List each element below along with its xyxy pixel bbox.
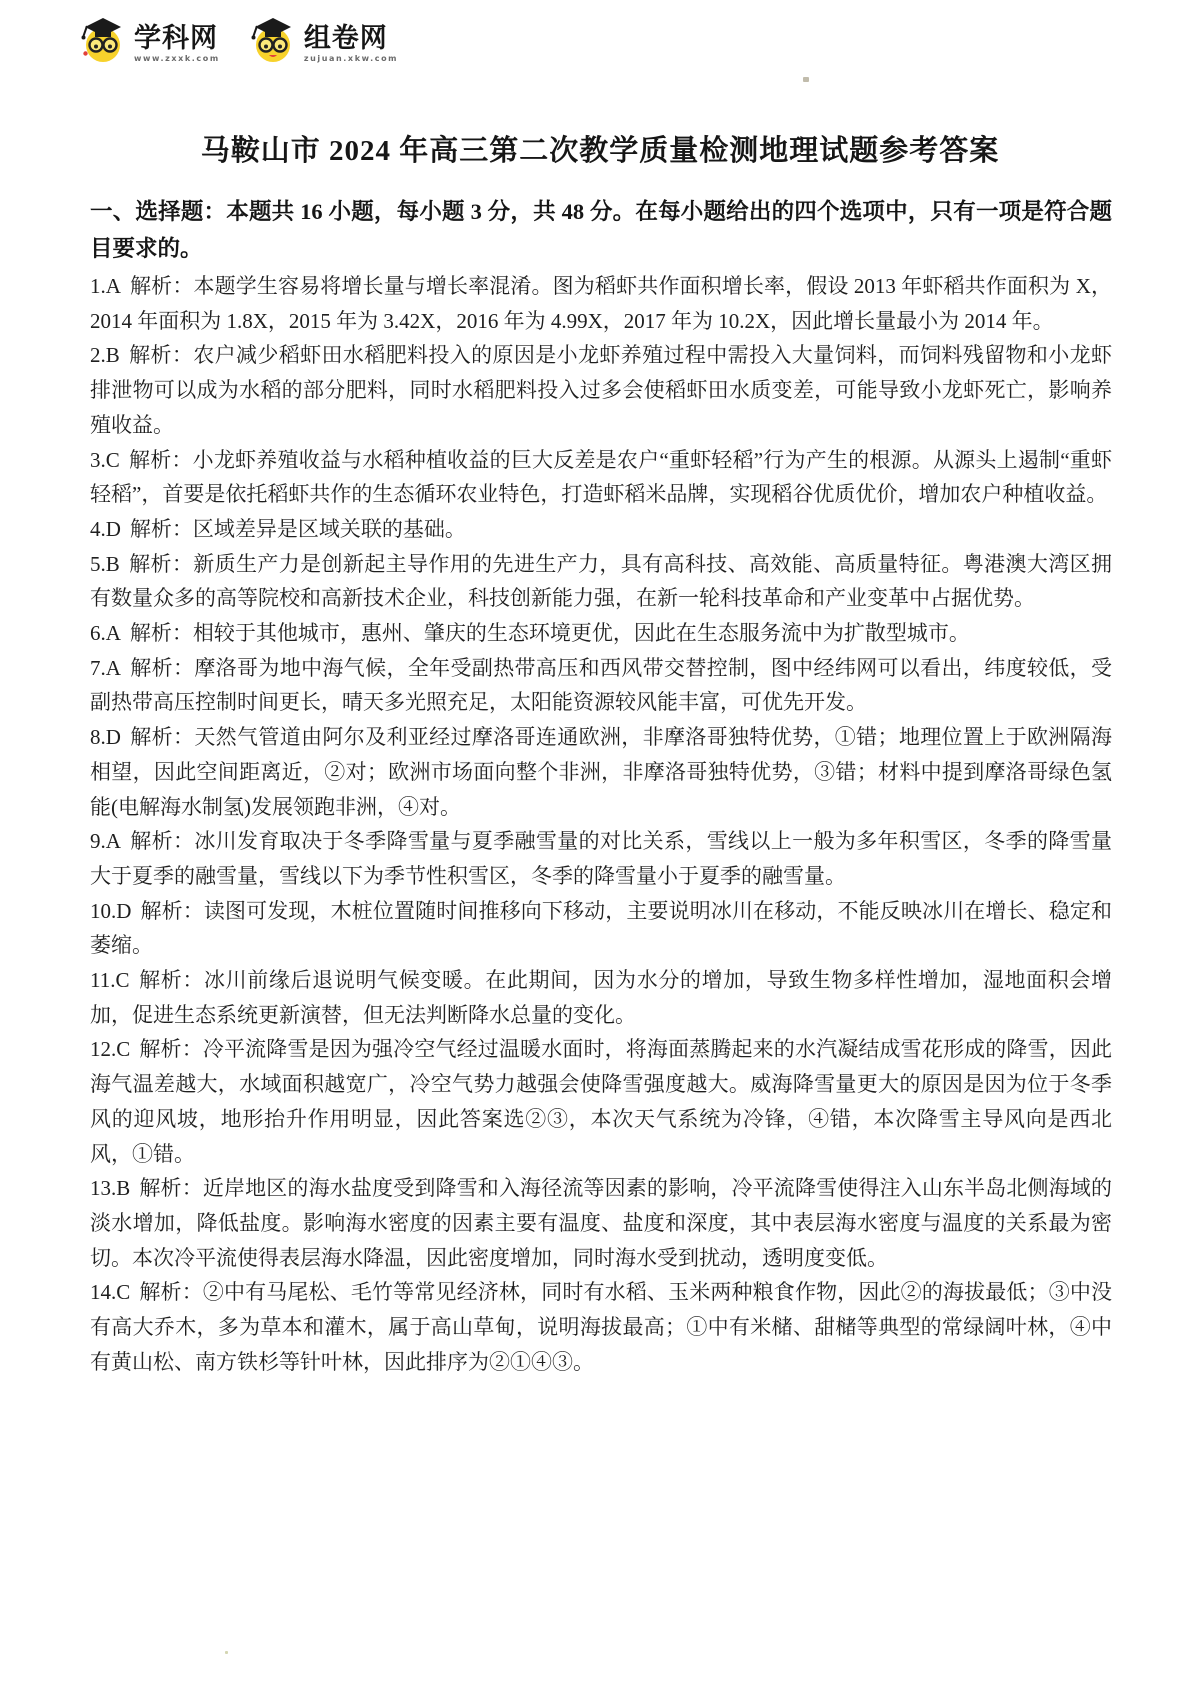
answer-text: 解析：区域差异是区域关联的基础。: [130, 517, 466, 541]
logo-bar: 学科网 www.zxxk.com 组卷网 zujuan.xkw.com: [78, 14, 398, 64]
answer-number: 2.B: [90, 343, 120, 367]
answer-text: 解析：新质生产力是创新起主导作用的先进生产力，具有高科技、高效能、高质量特征。粤…: [90, 552, 1112, 611]
answer-number: 6.A: [90, 621, 121, 645]
page-title: 马鞍山市 2024 年高三第二次教学质量检测地理试题参考答案: [0, 128, 1200, 169]
scan-artifact: [803, 77, 809, 82]
xkw-logo-text: 学科网 www.zxxk.com: [134, 25, 220, 64]
document-page: 马鞍山市 2024 年高三第二次教学质量检测地理试题参考答案 一、选择题：本题共…: [0, 128, 1200, 1380]
answer-item-14: 14.C解析：②中有马尾松、毛竹等常见经济林，同时有水稻、玉米两种粮食作物，因此…: [90, 1275, 1112, 1379]
answer-text: 解析：相较于其他城市，惠州、肇庆的生态环境更优，因此在生态服务流中为扩散型城市。: [130, 621, 970, 645]
answer-text: 解析：冷平流降雪是因为强冷空气经过温暖水面时，将海面蒸腾起来的水汽凝结成雪花形成…: [90, 1037, 1112, 1165]
answer-text: 解析：小龙虾养殖收益与水稻种植收益的巨大反差是农户“重虾轻稻”行为产生的根源。从…: [90, 448, 1112, 507]
answer-item-9: 9.A解析：冰川发育取决于冬季降雪量与夏季融雪量的对比关系，雪线以上一般为多年积…: [90, 824, 1112, 893]
answer-number: 13.B: [90, 1176, 130, 1200]
answer-text: 解析：天然气管道由阿尔及利亚经过摩洛哥连通欧洲，非摩洛哥独特优势，①错；地理位置…: [90, 725, 1112, 818]
answer-text: 解析：近岸地区的海水盐度受到降雪和入海径流等因素的影响，冷平流降雪使得注入山东半…: [90, 1176, 1112, 1269]
answer-number: 1.A: [90, 274, 121, 298]
answer-number: 8.D: [90, 725, 121, 749]
answer-item-8: 8.D解析：天然气管道由阿尔及利亚经过摩洛哥连通欧洲，非摩洛哥独特优势，①错；地…: [90, 720, 1112, 824]
answer-item-7: 7.A解析：摩洛哥为地中海气候，全年受副热带高压和西风带交替控制，图中经纬网可以…: [90, 651, 1112, 720]
answer-text: 解析：摩洛哥为地中海气候，全年受副热带高压和西风带交替控制，图中经纬网可以看出，…: [90, 656, 1112, 715]
answer-item-6: 6.A解析：相较于其他城市，惠州、肇庆的生态环境更优，因此在生态服务流中为扩散型…: [90, 616, 1112, 651]
answer-number: 9.A: [90, 829, 121, 853]
answer-item-2: 2.B解析：农户减少稻虾田水稻肥料投入的原因是小龙虾养殖过程中需投入大量饲料，而…: [90, 338, 1112, 442]
answer-number: 10.D: [90, 899, 131, 923]
xkw-logo: 学科网 www.zxxk.com: [78, 14, 220, 64]
zujuan-logo: 组卷网 zujuan.xkw.com: [248, 14, 398, 64]
answer-item-13: 13.B解析：近岸地区的海水盐度受到降雪和入海径流等因素的影响，冷平流降雪使得注…: [90, 1171, 1112, 1275]
answer-text: 解析：本题学生容易将增长量与增长率混淆。图为稻虾共作面积增长率，假设 2013 …: [90, 274, 1112, 333]
answer-number: 4.D: [90, 517, 121, 541]
answer-number: 11.C: [90, 968, 129, 992]
zujuan-logo-url: zujuan.xkw.com: [304, 54, 398, 63]
section-heading: 一、选择题：本题共 16 小题，每小题 3 分，共 48 分。在每小题给出的四个…: [90, 193, 1112, 267]
scan-artifact: [225, 1651, 228, 1654]
answer-item-3: 3.C解析：小龙虾养殖收益与水稻种植收益的巨大反差是农户“重虾轻稻”行为产生的根…: [90, 443, 1112, 512]
answer-item-4: 4.D解析：区域差异是区域关联的基础。: [90, 512, 1112, 547]
answer-text: 解析：冰川前缘后退说明气候变暖。在此期间，因为水分的增加，导致生物多样性增加，湿…: [90, 968, 1112, 1027]
answer-number: 7.A: [90, 656, 121, 680]
answer-text: 解析：②中有马尾松、毛竹等常见经济林，同时有水稻、玉米两种粮食作物，因此②的海拔…: [90, 1280, 1112, 1373]
xkw-mascot-icon: [78, 14, 128, 64]
answer-item-1: 1.A解析：本题学生容易将增长量与增长率混淆。图为稻虾共作面积增长率，假设 20…: [90, 269, 1112, 338]
zujuan-logo-text: 组卷网 zujuan.xkw.com: [304, 25, 398, 64]
zujuan-mascot-icon: [248, 14, 298, 64]
answer-number: 12.C: [90, 1037, 130, 1061]
zujuan-logo-name: 组卷网: [304, 25, 398, 52]
answer-item-12: 12.C解析：冷平流降雪是因为强冷空气经过温暖水面时，将海面蒸腾起来的水汽凝结成…: [90, 1032, 1112, 1171]
answer-text: 解析：读图可发现，木桩位置随时间推移向下移动，主要说明冰川在移动，不能反映冰川在…: [90, 899, 1112, 958]
answer-item-11: 11.C解析：冰川前缘后退说明气候变暖。在此期间，因为水分的增加，导致生物多样性…: [90, 963, 1112, 1032]
answer-text: 解析：农户减少稻虾田水稻肥料投入的原因是小龙虾养殖过程中需投入大量饲料，而饲料残…: [90, 343, 1112, 436]
answer-number: 14.C: [90, 1280, 130, 1304]
answer-number: 3.C: [90, 448, 120, 472]
answer-text: 解析：冰川发育取决于冬季降雪量与夏季融雪量的对比关系，雪线以上一般为多年积雪区，…: [90, 829, 1112, 888]
answer-number: 5.B: [90, 552, 120, 576]
xkw-logo-name: 学科网: [134, 25, 220, 52]
answer-item-10: 10.D解析：读图可发现，木桩位置随时间推移向下移动，主要说明冰川在移动，不能反…: [90, 894, 1112, 963]
answer-item-5: 5.B解析：新质生产力是创新起主导作用的先进生产力，具有高科技、高效能、高质量特…: [90, 547, 1112, 616]
xkw-logo-url: www.zxxk.com: [134, 54, 220, 63]
document-content: 一、选择题：本题共 16 小题，每小题 3 分，共 48 分。在每小题给出的四个…: [90, 193, 1112, 1380]
